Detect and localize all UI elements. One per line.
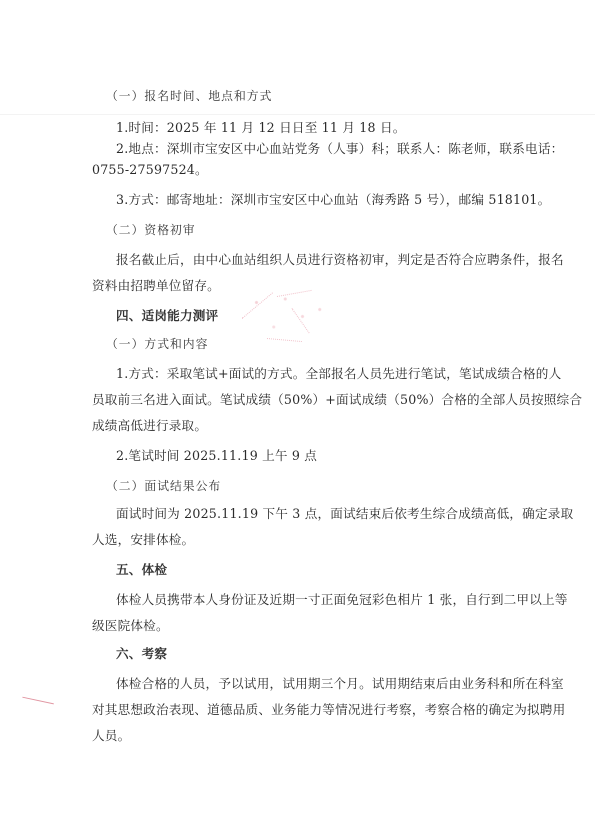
paragraph-interview-line1: 面试时间为 2025.11.19 下午 3 点，面试结束后依考生综合成绩高低，确…	[116, 506, 573, 522]
section-heading-qualification: （二）资格初审	[106, 222, 196, 238]
paragraph-place-line1: 2.地点：深圳市宝安区中心血站党务（人事）科；联系人：陈老师，联系电话：	[116, 141, 563, 157]
scan-artifact-line	[0, 114, 595, 115]
stamp-stroke	[242, 292, 273, 318]
paragraph-review-line1: 报名截止后，由中心血站组织人员进行资格初审，判定是否符合应聘条件，报名	[116, 252, 564, 268]
paragraph-method: 3.方式：邮寄地址：深圳市宝安区中心血站（海秀路 5 号），邮编 518101。	[116, 192, 550, 208]
paragraph-time: 1.时间：2025 年 11 月 12 日日至 11 月 18 日。	[116, 120, 406, 136]
section-heading-registration: （一）报名时间、地点和方式	[106, 88, 272, 104]
section-heading-medical: 五、体检	[116, 562, 167, 578]
faded-seal-stamp	[222, 278, 337, 348]
stamp-stroke	[277, 290, 312, 297]
paragraph-way-line2: 员取前三名进入面试。笔试成绩（50%）+面试成绩（50%）合格的全部人员按照综合	[92, 392, 582, 408]
margin-pen-mark	[22, 697, 54, 706]
section-heading-assessment: 四、适岗能力测评	[116, 308, 218, 324]
paragraph-exam-time: 2.笔试时间 2025.11.19 上午 9 点	[116, 448, 317, 464]
paragraph-way-line1: 1.方式：采取笔试+面试的方式。全部报名人员先进行笔试，笔试成绩合格的人	[116, 366, 561, 382]
stamp-stroke	[292, 308, 310, 333]
paragraph-probation-line3: 人员。	[92, 728, 130, 744]
paragraph-place-line2: 0755-27597524。	[92, 162, 208, 178]
paragraph-probation-line1: 体检合格的人员，予以试用，试用期三个月。试用期结束后由业务科和所在科室	[116, 676, 564, 692]
paragraph-review-line2: 资料由招聘单位留存。	[92, 278, 220, 294]
stamp-stroke	[267, 338, 302, 342]
paragraph-way-line3: 成绩高低进行录取。	[92, 418, 207, 434]
paragraph-interview-line2: 人选，安排体检。	[92, 532, 194, 548]
section-heading-method-content: （一）方式和内容	[106, 336, 208, 352]
paragraph-medical-line2: 级医院体检。	[92, 618, 169, 634]
document-page: （一）报名时间、地点和方式 1.时间：2025 年 11 月 12 日日至 11…	[0, 0, 595, 825]
section-heading-interview-result: （二）面试结果公布	[106, 478, 221, 494]
paragraph-probation-line2: 对其思想政治表现、道德品质、业务能力等情况进行考察，考察合格的确定为拟聘用	[92, 702, 565, 718]
paragraph-medical-line1: 体检人员携带本人身份证及近期一寸正面免冠彩色相片 1 张，自行到二甲以上等	[116, 592, 568, 608]
section-heading-inspection: 六、考察	[116, 646, 167, 662]
